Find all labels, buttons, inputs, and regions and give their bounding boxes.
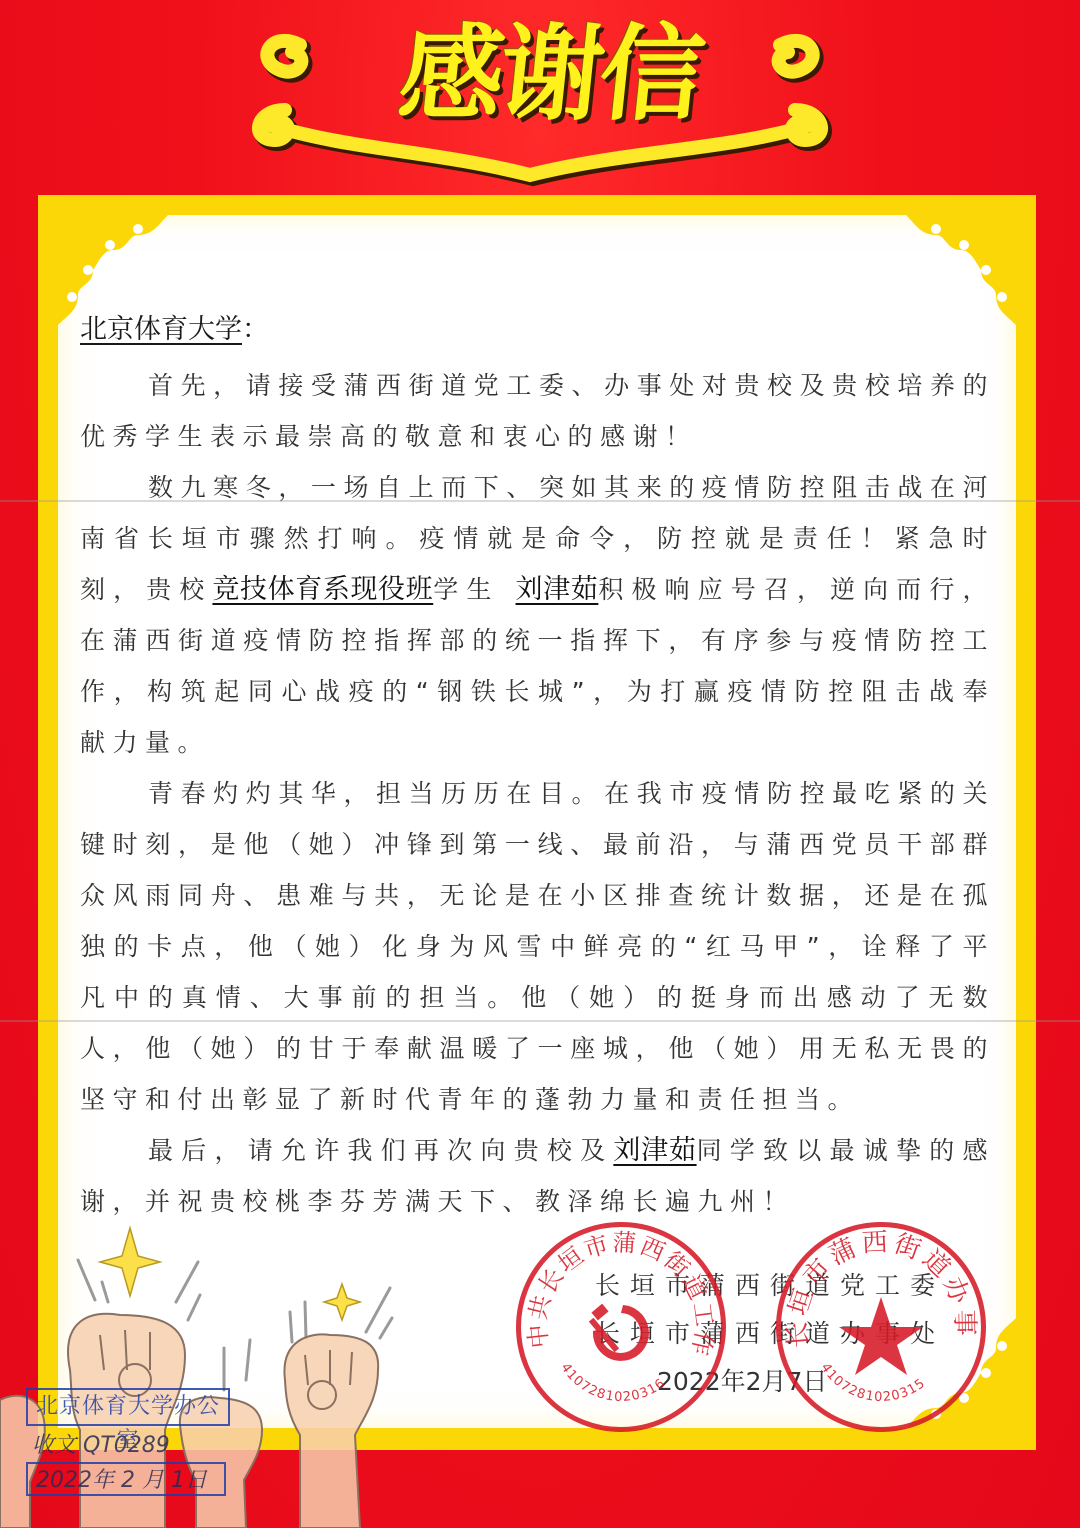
sparkle-icon — [100, 1228, 360, 1320]
svg-text:4107281020315: 4107281020315 — [817, 1361, 928, 1405]
seal-2-code: 4107281020315 — [817, 1361, 928, 1405]
recipient-name: 北京体育大学 — [80, 314, 242, 345]
seal-1-code: 4107281020316 — [557, 1361, 668, 1405]
paragraph-2: 数九寒冬，一场自上而下、突如其来的疫情防控阻击战在河南省长垣市骤然打响。疫情就是… — [80, 462, 995, 768]
paragraph-3: 青春灼灼其华，担当历历在目。在我市疫情防控最吃紧的关键时刻，是他（她）冲锋到第一… — [80, 768, 995, 1125]
paragraph-4: 最后，请允许我们再次向贵校及刘津茹同学致以最诚挚的感谢，并祝贵校桃李芬芳满天下、… — [80, 1125, 995, 1227]
subdistrict-office-seal: 长垣市蒲西街道办事处 4107281020315 — [776, 1222, 986, 1432]
receive-stamp-number: 收文 QT0289 — [32, 1428, 170, 1459]
department-name: 竞技体育系现役班 — [212, 574, 433, 605]
student-name: 刘津茹 — [613, 1135, 696, 1166]
paragraph-1: 首先，请接受蒲西街道党工委、办事处对贵校及贵校培养的优秀学生表示最崇高的敬意和衷… — [80, 360, 995, 462]
receive-stamp: 北京体育大学办公室 收文 QT0289 2022年 2 月 1日 — [26, 1382, 226, 1502]
letter-body: 北京体育大学： 首先，请接受蒲西街道党工委、办事处对贵校及贵校培养的优秀学生表示… — [80, 300, 995, 1227]
hammer-sickle-icon — [589, 1304, 649, 1361]
seal-1-name: 中共长垣市蒲西街道工作委员会 — [521, 1227, 719, 1360]
title-banner: 感谢信 — [230, 0, 850, 190]
receive-stamp-office: 北京体育大学办公室 — [26, 1388, 230, 1426]
svg-text:4107281020316: 4107281020316 — [557, 1361, 668, 1405]
party-committee-seal: 中共长垣市蒲西街道工作委员会 4107281020316 — [516, 1222, 726, 1432]
student-name: 刘津茹 — [516, 574, 599, 605]
receive-stamp-date: 2022年 2 月 1日 — [26, 1462, 226, 1496]
salutation: 北京体育大学： — [80, 300, 995, 360]
letter-title: 感谢信 — [324, 14, 777, 134]
svg-text:中共长垣市蒲西街道工作委员会: 中共长垣市蒲西街道工作委员会 — [521, 1227, 719, 1360]
star-icon — [839, 1297, 923, 1375]
